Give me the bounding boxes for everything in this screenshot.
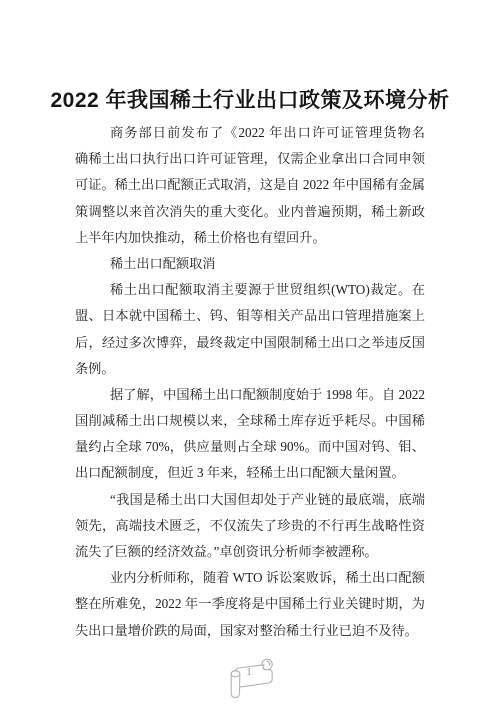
text-line: 确稀土出口执行出口许可证管理，仅需企业拿出口合同申领出口许	[75, 146, 425, 172]
text-line: 量约占全球 70%，供应量则占全球 90%。而中国对钨、钼、稀土实行	[75, 434, 425, 460]
document-page: 2022 年我国稀土行业出口政策及环境分析 商务部日前发布了《2022 年出口许…	[0, 0, 500, 707]
text-line: 条例。	[75, 356, 425, 382]
page-footer: 1	[226, 658, 276, 703]
text-line: 业内分析师称，随着 WTO 诉讼案败诉，稀土出口配额政策调	[75, 565, 425, 591]
page-number: 1	[241, 666, 257, 680]
document-title: 2022 年我国稀土行业出口政策及环境分析	[0, 87, 500, 115]
text-line: “我国是稀土出口大国但却处于产业链的最底端，底端技术	[75, 487, 425, 513]
text-line: 策调整以来首次消失的重大变化。业内普遍预期，稀土新政有望在	[75, 199, 425, 225]
text-line: 国削减稀土出口规模以来，全球稀土库存近乎耗尽。中国稀土消费	[75, 408, 425, 434]
text-line: 流失了巨额的经济效益。”卓创资讯分析师李被諲称。	[75, 539, 425, 565]
text-line: 可证。稀土出口配额正式取消，这是自 2022 年中国稀有金属出口政	[75, 172, 425, 198]
text-line: 稀土出口配额取消	[75, 251, 425, 277]
text-line: 失出口量增价跌的局面，国家对整治稀土行业已迫不及待。	[75, 618, 425, 644]
text-line: 据了解，中国稀土出口配额制度始于 1998 年。自 2022 年中	[75, 382, 425, 408]
scroll-banner-icon	[226, 658, 276, 703]
text-line: 后，经过多次博弈，最终裁定中国限制稀土出口之举违反国际贸易	[75, 330, 425, 356]
text-line: 上半年内加快推动，稀土价格也有望回升。	[75, 225, 425, 251]
text-line: 盟、日本就中国稀土、钨、钼等相关产品出口管理措施案上诉 WTO	[75, 303, 425, 329]
text-line: 稀土出口配额取消主要源于世贸组织(WTO)裁定。在美国、欧	[75, 277, 425, 303]
document-body: 商务部日前发布了《2022 年出口许可证管理货物名目》，明确稀土出口执行出口许可…	[75, 120, 425, 644]
text-line: 出口配额制度，但近 3 年来，轻稀土出口配额大量闲置。	[75, 460, 425, 486]
text-line: 商务部日前发布了《2022 年出口许可证管理货物名目》，明	[75, 120, 425, 146]
text-line: 整在所难免，2022 年一季度将是中国稀土行业关键时期，为防止消	[75, 591, 425, 617]
text-line: 领先，高端技术匮乏，不仅流失了珍贵的不行再生战略性资源，又	[75, 513, 425, 539]
